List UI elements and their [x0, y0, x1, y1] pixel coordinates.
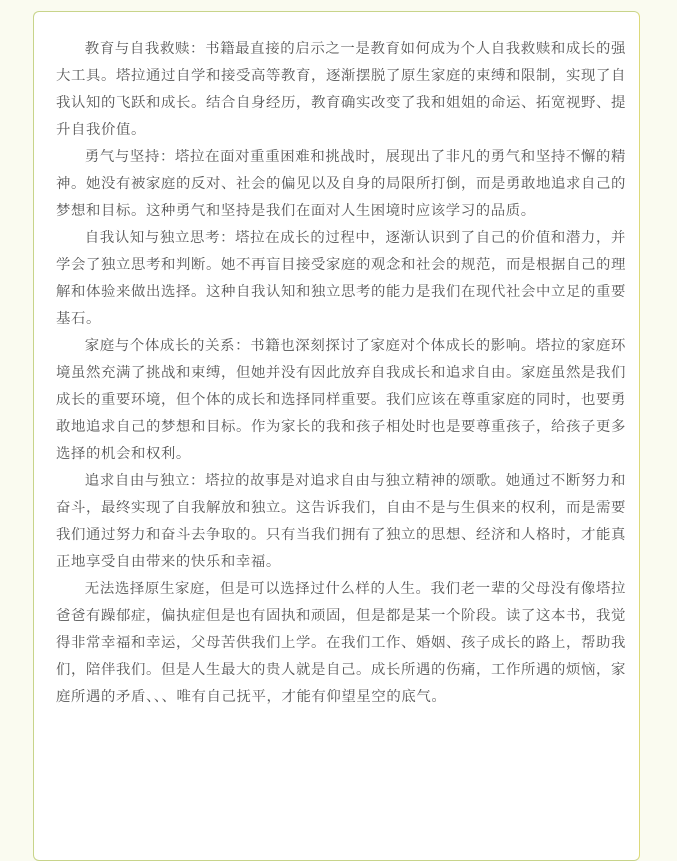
paragraph-courage: 勇气与坚持：塔拉在面对重重困难和挑战时，展现出了非凡的勇气和坚持不懈的精神。她没… — [56, 144, 626, 225]
paragraph-family: 家庭与个体成长的关系：书籍也深刻探讨了家庭对个体成长的影响。塔拉的家庭环境虽然充… — [56, 333, 626, 468]
article-card: 教育与自我救赎：书籍最直接的启示之一是教育如何成为个人自我救赎和成长的强大工具。… — [33, 11, 640, 843]
paragraph-freedom: 追求自由与独立：塔拉的故事是对追求自由与独立精神的颂歌。她通过不断努力和奋斗，最… — [56, 468, 626, 576]
paragraph-self-awareness: 自我认知与独立思考：塔拉在成长的过程中，逐渐认识到了自己的价值和潜力，并学会了独… — [56, 225, 626, 333]
article-body: 教育与自我救赎：书籍最直接的启示之一是教育如何成为个人自我救赎和成长的强大工具。… — [56, 36, 626, 711]
paragraph-education: 教育与自我救赎：书籍最直接的启示之一是教育如何成为个人自我救赎和成长的强大工具。… — [56, 36, 626, 144]
paragraph-reflection: 无法选择原生家庭，但是可以选择过什么样的人生。我们老一辈的父母没有像塔拉爸爸有躁… — [56, 576, 626, 711]
